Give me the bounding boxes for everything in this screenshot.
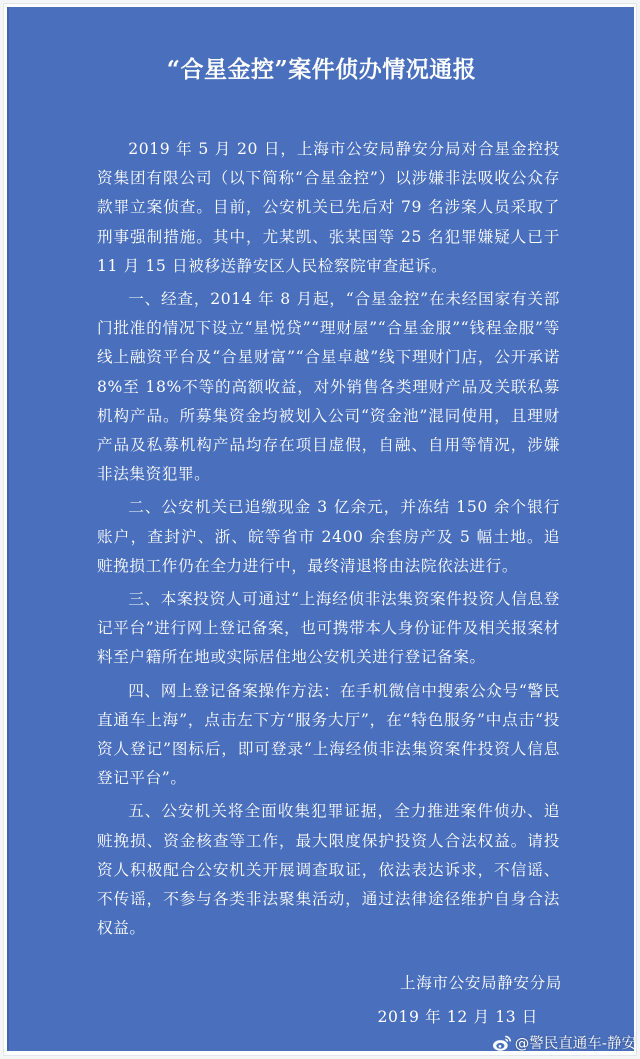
weibo-watermark: @警民直通车-静安 — [492, 1032, 636, 1053]
notice-body: 2019 年 5 月 20 日，上海市公安局静安分局对合星金控投资集团有限公司（… — [97, 135, 560, 947]
paragraph-intro: 2019 年 5 月 20 日，上海市公安局静安分局对合星金控投资集团有限公司（… — [97, 135, 560, 281]
signature-date: 2019 年 12 月 13 日 — [377, 1005, 538, 1027]
paragraph-one: 一、经查，2014 年 8 月起，“合星金控”在未经国家有关部门批准的情况下设立… — [97, 285, 560, 489]
weibo-icon — [492, 1034, 512, 1052]
watermark-text: @警民直通车-静安 — [515, 1032, 636, 1053]
notice-panel: “合星金控”案件侦办情况通报 2019 年 5 月 20 日，上海市公安局静安分… — [7, 7, 634, 1051]
paragraph-three: 三、本案投资人可通过“上海经侦非法集资案件投资人信息登记平台”进行网上登记备案，… — [97, 585, 560, 673]
signature-org: 上海市公安局静安分局 — [400, 971, 562, 993]
notice-title: “合星金控”案件侦办情况通报 — [9, 51, 634, 84]
paragraph-five: 五、公安机关将全面收集犯罪证据，全力推进案件侦办、追赃挽损、资金核查等工作，最大… — [97, 797, 560, 943]
paragraph-four: 四、网上登记备案操作方法：在手机微信中搜索公众号“警民直通车上海”，点击左下方“… — [97, 677, 560, 794]
paragraph-two: 二、公安机关已追缴现金 3 亿余元，并冻结 150 余个银行账户，查封沪、浙、皖… — [97, 493, 560, 581]
